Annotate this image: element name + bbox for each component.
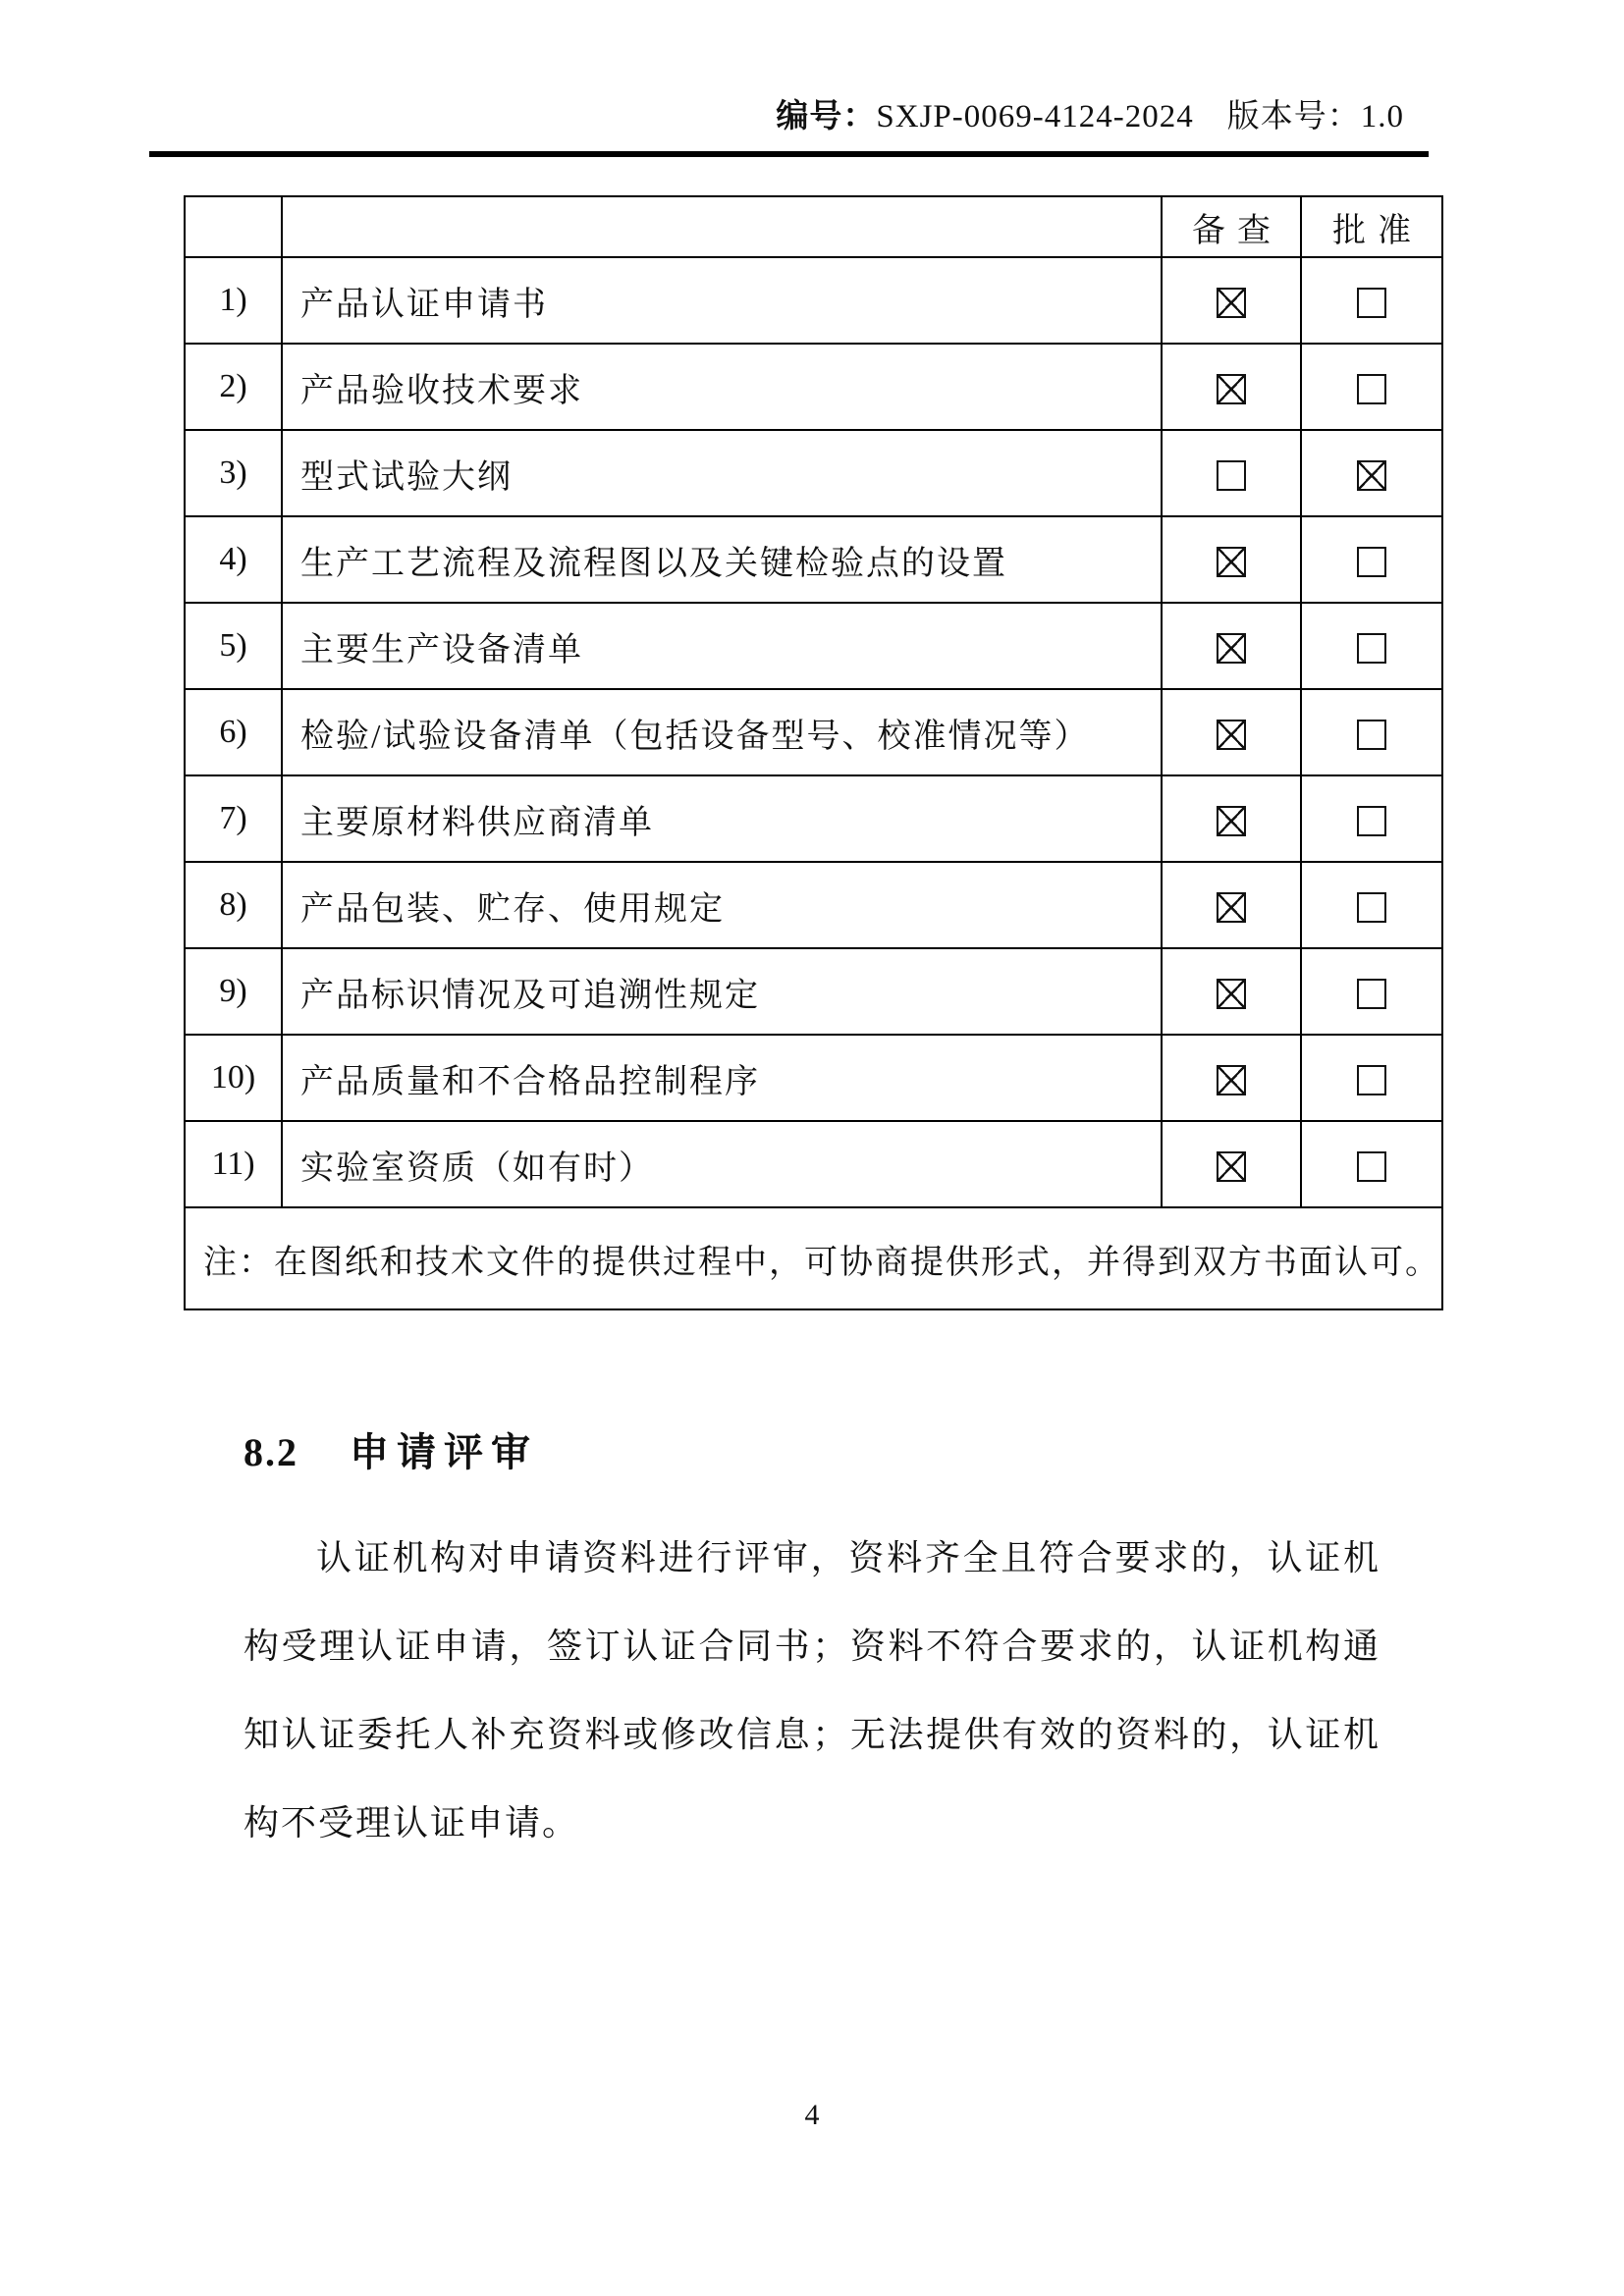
record-checkbox <box>1217 547 1246 577</box>
record-checkbox <box>1217 460 1246 491</box>
row-description: 产品包装、贮存、使用规定 <box>282 862 1162 948</box>
row-number: 8) <box>185 862 282 948</box>
approve-checkbox <box>1357 1151 1386 1182</box>
record-checkbox <box>1217 288 1246 318</box>
table-row: 11) 实验室资质（如有时） <box>185 1121 1442 1207</box>
approve-checkbox <box>1357 1065 1386 1095</box>
table-row: 4) 生产工艺流程及流程图以及关键检验点的设置 <box>185 516 1442 603</box>
row-description: 产品标识情况及可追溯性规定 <box>282 948 1162 1035</box>
page-number: 4 <box>0 2099 1624 2132</box>
version-value: 1.0 <box>1361 99 1404 134</box>
section-number: 8.2 <box>244 1430 298 1474</box>
row-description: 实验室资质（如有时） <box>282 1121 1162 1207</box>
version-label: 版本号： <box>1227 99 1361 134</box>
table-row: 5) 主要生产设备清单 <box>185 603 1442 689</box>
doc-number-label: 编号： <box>776 99 876 134</box>
table-note-row: 注：在图纸和技术文件的提供过程中，可协商提供形式，并得到双方书面认可。 <box>185 1207 1442 1309</box>
row-number: 7) <box>185 775 282 862</box>
record-checkbox <box>1217 633 1246 664</box>
section-title: 申请评审 <box>350 1430 538 1474</box>
header-cell-desc <box>282 196 1162 257</box>
row-number: 4) <box>185 516 282 603</box>
row-number: 1) <box>185 257 282 344</box>
row-description: 产品质量和不合格品控制程序 <box>282 1035 1162 1121</box>
record-checkbox <box>1217 374 1246 404</box>
record-checkbox <box>1217 979 1246 1009</box>
table-row: 7) 主要原材料供应商清单 <box>185 775 1442 862</box>
approve-checkbox <box>1357 633 1386 664</box>
approve-checkbox <box>1357 892 1386 923</box>
table-row: 9) 产品标识情况及可追溯性规定 <box>185 948 1442 1035</box>
row-description: 主要原材料供应商清单 <box>282 775 1162 862</box>
row-number: 2) <box>185 344 282 430</box>
row-description: 生产工艺流程及流程图以及关键检验点的设置 <box>282 516 1162 603</box>
row-number: 3) <box>185 430 282 516</box>
body-paragraph: 认证机构对申请资料进行评审，资料齐全且符合要求的，认证机构受理认证申请，签订认证… <box>244 1514 1380 1867</box>
row-description: 检验/试验设备清单（包括设备型号、校准情况等） <box>282 689 1162 775</box>
record-checkbox <box>1217 806 1246 836</box>
row-description: 主要生产设备清单 <box>282 603 1162 689</box>
table-row: 10) 产品质量和不合格品控制程序 <box>185 1035 1442 1121</box>
header-cell-record: 备查 <box>1162 196 1301 257</box>
row-number: 9) <box>185 948 282 1035</box>
approve-checkbox <box>1357 720 1386 750</box>
table-header-row: 备查 批准 <box>185 196 1442 257</box>
section-heading: 8.2申请评审 <box>244 1421 538 1477</box>
row-description: 产品验收技术要求 <box>282 344 1162 430</box>
document-checklist-table: 备查 批准 1) 产品认证申请书 2) 产品验收技术要求 3) 型式试验大纲 <box>184 195 1443 1310</box>
record-checkbox <box>1217 1151 1246 1182</box>
document-page: 编号：SXJP-0069-4124-2024版本号：1.0 备查 批准 1) 产… <box>0 0 1624 2296</box>
row-number: 10) <box>185 1035 282 1121</box>
header-cell-approve: 批准 <box>1301 196 1442 257</box>
record-checkbox <box>1217 892 1246 923</box>
approve-checkbox <box>1357 374 1386 404</box>
approve-checkbox <box>1357 979 1386 1009</box>
row-number: 11) <box>185 1121 282 1207</box>
header-divider <box>149 151 1429 157</box>
approve-checkbox <box>1357 460 1386 491</box>
row-description: 产品认证申请书 <box>282 257 1162 344</box>
approve-checkbox <box>1357 806 1386 836</box>
doc-number-value: SXJP-0069-4124-2024 <box>876 99 1193 134</box>
table-note: 注：在图纸和技术文件的提供过程中，可协商提供形式，并得到双方书面认可。 <box>185 1207 1442 1309</box>
row-number: 6) <box>185 689 282 775</box>
approve-checkbox <box>1357 288 1386 318</box>
table-row: 6) 检验/试验设备清单（包括设备型号、校准情况等） <box>185 689 1442 775</box>
record-checkbox <box>1217 720 1246 750</box>
row-description: 型式试验大纲 <box>282 430 1162 516</box>
table-row: 1) 产品认证申请书 <box>185 257 1442 344</box>
row-number: 5) <box>185 603 282 689</box>
header-cell-no <box>185 196 282 257</box>
document-header: 编号：SXJP-0069-4124-2024版本号：1.0 <box>776 90 1404 136</box>
table-row: 2) 产品验收技术要求 <box>185 344 1442 430</box>
table-row: 8) 产品包装、贮存、使用规定 <box>185 862 1442 948</box>
table-row: 3) 型式试验大纲 <box>185 430 1442 516</box>
record-checkbox <box>1217 1065 1246 1095</box>
approve-checkbox <box>1357 547 1386 577</box>
